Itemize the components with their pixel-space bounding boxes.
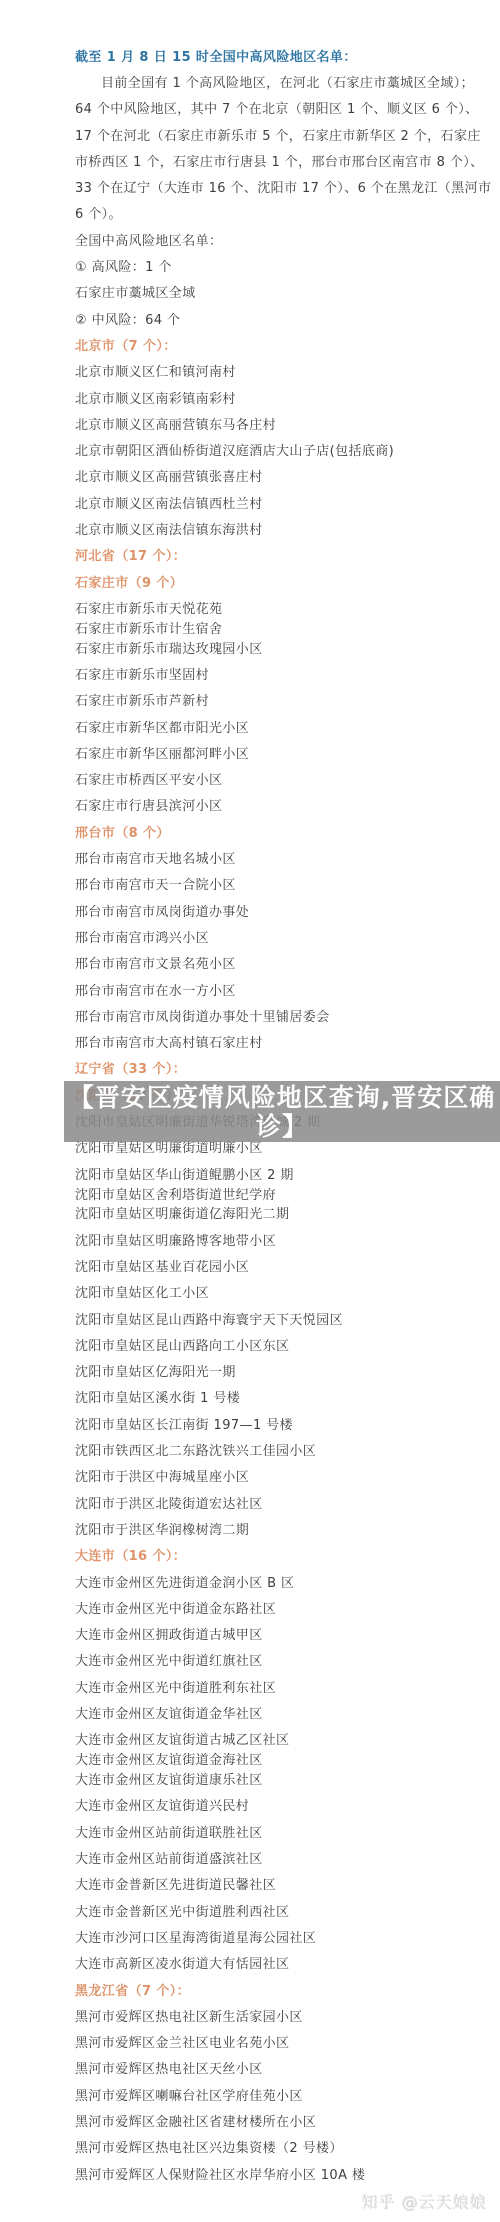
text-line: 辽宁省（33 个）： xyxy=(75,1055,470,1081)
text-line: 北京市顺义区高丽营镇东马各庄村 xyxy=(75,410,470,436)
zhihu-watermark: 知乎 @云天娘娘 xyxy=(362,2190,487,2213)
text-line: 河北省（17 个）： xyxy=(75,542,470,568)
text-line: 邢台市（8 个） xyxy=(75,818,470,844)
text-line: ② 中风险：64 个 xyxy=(75,305,470,331)
overlay-title-text: 【晋安区疫情风险地区查询,晋安区确诊】 xyxy=(64,1083,500,1141)
text-line: 沈阳市皇姑区明廉街道亿海阳光二期 xyxy=(75,1200,470,1226)
text-line: 大连市金州区光中街道金东路社区 xyxy=(75,1594,470,1620)
text-line: 石家庄市藁城区全域 xyxy=(75,279,470,305)
text-line: 邢台市南宫市大高村镇石家庄村 xyxy=(75,1028,470,1054)
text-line: 大连市金州区友谊街道金海社区 xyxy=(75,1752,470,1766)
text-line: 沈阳市皇姑区长江南街 197—1 号楼 xyxy=(75,1410,470,1436)
text-line: 黑河市爱辉区金融社区省建材楼所在小区 xyxy=(75,2107,470,2133)
text-line: 沈阳市皇姑区华山街道鲲鹏小区 2 期 xyxy=(75,1160,470,1186)
text-line: 邢台市南宫市天地名城小区 xyxy=(75,844,470,870)
text-line: 沈阳市于洪区中海城星座小区 xyxy=(75,1463,470,1489)
text-line: 沈阳市于洪区华润橡树湾二期 xyxy=(75,1515,470,1541)
text-line: 17 个在河北（石家庄市新乐市 5 个，石家庄市新华区 2 个，石家庄 xyxy=(75,121,470,147)
text-line: 邢台市南宫市凤岗街道办事处 xyxy=(75,897,470,923)
text-line: 沈阳市皇姑区基业百花园小区 xyxy=(75,1252,470,1278)
text-line: 大连市金州区站前街道盛滨社区 xyxy=(75,1844,470,1870)
text-line: 沈阳市于洪区北陵街道宏达社区 xyxy=(75,1489,470,1515)
text-line: 大连市金州区光中街道红旗社区 xyxy=(75,1647,470,1673)
text-line: 黑河市爱辉区热电社区新生活家园小区 xyxy=(75,2002,470,2028)
text-line: 截至 1 月 8 日 15 时全国中高风险地区名单： xyxy=(75,42,470,68)
text-line: 石家庄市新乐市芦新村 xyxy=(75,687,470,713)
text-line: 沈阳市皇姑区昆山西路中海寰宇天下天悦园区 xyxy=(75,1305,470,1331)
text-line: 邢台市南宫市在水一方小区 xyxy=(75,976,470,1002)
text-line: 石家庄市新乐市瑞达玫瑰园小区 xyxy=(75,634,470,660)
text-line: 石家庄市桥西区平安小区 xyxy=(75,766,470,792)
text-line: 沈阳市皇姑区昆山西路向工小区东区 xyxy=(75,1331,470,1357)
text-line: 大连市金州区先进街道金润小区 B 区 xyxy=(75,1568,470,1594)
text-line: 石家庄市行唐县滨河小区 xyxy=(75,792,470,818)
text-line: 大连市金州区拥政街道古城甲区 xyxy=(75,1621,470,1647)
overlay-title-banner: 【晋安区疫情风险地区查询,晋安区确诊】 xyxy=(64,1081,500,1142)
text-line: 北京市朝阳区酒仙桥街道汉庭酒店大山子店(包括底商) xyxy=(75,436,470,462)
text-line: 邢台市南宫市天一合院小区 xyxy=(75,871,470,897)
text-line: 石家庄市新乐市天悦花苑 xyxy=(75,594,470,620)
text-line: 石家庄市新华区都市阳光小区 xyxy=(75,713,470,739)
text-line: 64 个中风险地区，其中 7 个在北京（朝阳区 1 个、顺义区 6 个）、 xyxy=(75,95,470,121)
text-line: 北京市（7 个）： xyxy=(75,331,470,357)
text-line: 大连市金州区站前街道联胜社区 xyxy=(75,1818,470,1844)
text-line: 黑河市爱辉区喇嘛台社区学府佳苑小区 xyxy=(75,2081,470,2107)
text-line: 北京市顺义区南法信镇东海洪村 xyxy=(75,515,470,541)
text-line: 大连市高新区凌水街道大有恬园社区 xyxy=(75,1950,470,1976)
text-line: 黑河市爱辉区金兰社区电业名苑小区 xyxy=(75,2028,470,2054)
text-line: 石家庄市新华区丽都河畔小区 xyxy=(75,739,470,765)
text-line: 黑河市爱辉区人保财险社区水岸华府小区 10A 楼 xyxy=(75,2160,470,2186)
text-line: 6 个）。 xyxy=(75,200,470,226)
text-line: 大连市金州区友谊街道康乐社区 xyxy=(75,1766,470,1792)
text-line: 黑河市爱辉区热电社区天丝小区 xyxy=(75,2055,470,2081)
text-line: 沈阳市皇姑区明廉路博客地带小区 xyxy=(75,1226,470,1252)
text-line: 大连市（16 个）： xyxy=(75,1542,470,1568)
text-line: 大连市沙河口区星海湾街道星海公园社区 xyxy=(75,1923,470,1949)
text-line: 沈阳市皇姑区溪水街 1 号楼 xyxy=(75,1384,470,1410)
text-line: 大连市金州区光中街道胜利东社区 xyxy=(75,1673,470,1699)
text-line: 黑河市爱辉区热电社区兴边集资楼（2 号楼） xyxy=(75,2134,470,2160)
text-line: 大连市金州区友谊街道古城乙区社区 xyxy=(75,1726,470,1752)
text-line: 市桥西区 1 个，石家庄市行唐县 1 个，邢台市邢台区南宫市 8 个）、 xyxy=(75,147,470,173)
text-line: 石家庄市新乐市坚固村 xyxy=(75,660,470,686)
text-line: 33 个在辽宁（大连市 16 个、沈阳市 17 个）、6 个在黑龙江（黑河市 xyxy=(75,173,470,199)
text-line: 大连市金普新区先进街道民馨社区 xyxy=(75,1871,470,1897)
text-line: 邢台市南宫市凤岗街道办事处十里铺居委会 xyxy=(75,1002,470,1028)
text-line: 大连市金州区友谊街道金华社区 xyxy=(75,1699,470,1725)
text-line: 大连市金普新区光中街道胜利西社区 xyxy=(75,1897,470,1923)
text-line: 邢台市南宫市文景名苑小区 xyxy=(75,950,470,976)
text-line: 沈阳市铁西区北二东路沈铁兴工佳园小区 xyxy=(75,1436,470,1462)
text-line: 沈阳市皇姑区亿海阳光一期 xyxy=(75,1358,470,1384)
text-line: 黑龙江省（7 个）： xyxy=(75,1976,470,2002)
text-line: 石家庄市新乐市计生宿舍 xyxy=(75,621,470,635)
text-line: 北京市顺义区南彩镇南彩村 xyxy=(75,384,470,410)
text-line: 目前全国有 1 个高风险地区，在河北（石家庄市藁城区全域）； xyxy=(75,68,470,94)
text-line: 石家庄市（9 个） xyxy=(75,568,470,594)
text-line: 全国中高风险地区名单： xyxy=(75,226,470,252)
text-line: 北京市顺义区高丽营镇张喜庄村 xyxy=(75,463,470,489)
text-line: 沈阳市皇姑区舍利塔街道世纪学府 xyxy=(75,1186,470,1200)
text-line: 沈阳市皇姑区化工小区 xyxy=(75,1279,470,1305)
text-line: ① 高风险：1 个 xyxy=(75,252,470,278)
text-line: 大连市金州区友谊街道兴民村 xyxy=(75,1792,470,1818)
text-line: 北京市顺义区南法信镇西杜兰村 xyxy=(75,489,470,515)
text-line: 邢台市南宫市鸿兴小区 xyxy=(75,923,470,949)
text-line: 北京市顺义区仁和镇河南村 xyxy=(75,358,470,384)
